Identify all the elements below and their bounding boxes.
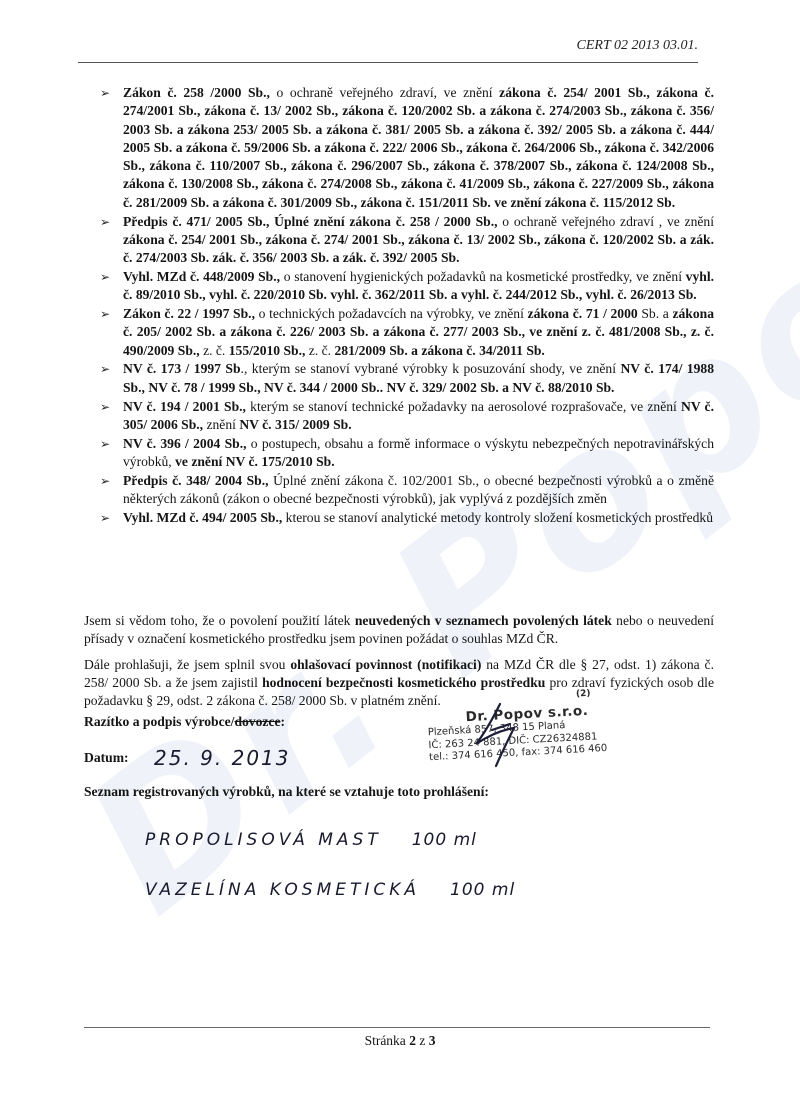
arrow-bullet-icon: ➢ bbox=[100, 472, 110, 490]
legislation-item: ➢NV č. 396 / 2004 Sb., o postupech, obsa… bbox=[100, 435, 714, 472]
product-list: PROPOLISOVÁ MAST100 mlVAZELÍNA KOSMETICK… bbox=[145, 830, 515, 930]
arrow-bullet-icon: ➢ bbox=[100, 398, 110, 416]
arrow-bullet-icon: ➢ bbox=[100, 84, 110, 102]
product-item-handwritten: VAZELÍNA KOSMETICKÁ100 ml bbox=[145, 880, 515, 900]
handwritten-signature-icon bbox=[462, 700, 532, 770]
legislation-item: ➢Vyhl. MZd č. 494/ 2005 Sb., kterou se s… bbox=[100, 509, 714, 527]
date-label: Datum: bbox=[84, 750, 129, 766]
product-name: VAZELÍNA KOSMETICKÁ bbox=[145, 880, 420, 900]
legislation-item: ➢Vyhl. MZd č. 448/2009 Sb., o stanovení … bbox=[100, 268, 714, 305]
page-header: CERT 02 2013 03.01. bbox=[78, 38, 698, 63]
products-label: Seznam registrovaných výrobků, na které … bbox=[84, 784, 489, 800]
stamp-mark: (2) bbox=[576, 689, 591, 700]
arrow-bullet-icon: ➢ bbox=[100, 509, 110, 527]
legislation-item: ➢Předpis č. 348/ 2004 Sb., Úplné znění z… bbox=[100, 472, 714, 509]
declaration-paragraph: Jsem si vědom toho, že o povolení použit… bbox=[84, 612, 714, 649]
product-name: PROPOLISOVÁ MAST bbox=[145, 830, 382, 850]
document-code: CERT 02 2013 03.01. bbox=[577, 38, 698, 54]
page-number: Stránka 2 z 3 bbox=[0, 1033, 800, 1049]
arrow-bullet-icon: ➢ bbox=[100, 360, 110, 378]
legislation-section: ➢Zákon č. 258 /2000 Sb., o ochraně veřej… bbox=[100, 84, 714, 528]
date-value-handwritten: 25. 9. 2013 bbox=[154, 746, 291, 770]
arrow-bullet-icon: ➢ bbox=[100, 268, 110, 286]
arrow-bullet-icon: ➢ bbox=[100, 213, 110, 231]
product-quantity: 100 ml bbox=[450, 880, 515, 900]
legislation-item: ➢NV č. 173 / 1997 Sb., kterým se stanoví… bbox=[100, 360, 714, 397]
product-item-handwritten: PROPOLISOVÁ MAST100 ml bbox=[145, 830, 515, 850]
legislation-item: ➢Předpis č. 471/ 2005 Sb., Úplné znění z… bbox=[100, 213, 714, 268]
struck-text: dovozce bbox=[234, 714, 280, 729]
legislation-item: ➢NV č. 194 / 2001 Sb., kterým se stanoví… bbox=[100, 398, 714, 435]
arrow-bullet-icon: ➢ bbox=[100, 435, 110, 453]
footer-divider bbox=[84, 1027, 710, 1028]
arrow-bullet-icon: ➢ bbox=[100, 305, 110, 323]
product-quantity: 100 ml bbox=[412, 830, 477, 850]
legislation-item: ➢Zákon č. 22 / 1997 Sb., o technických p… bbox=[100, 305, 714, 360]
signature-label: Razítko a podpis výrobce/dovozce: bbox=[84, 714, 285, 730]
legislation-list: ➢Zákon č. 258 /2000 Sb., o ochraně veřej… bbox=[100, 84, 714, 527]
legislation-item: ➢Zákon č. 258 /2000 Sb., o ochraně veřej… bbox=[100, 84, 714, 212]
